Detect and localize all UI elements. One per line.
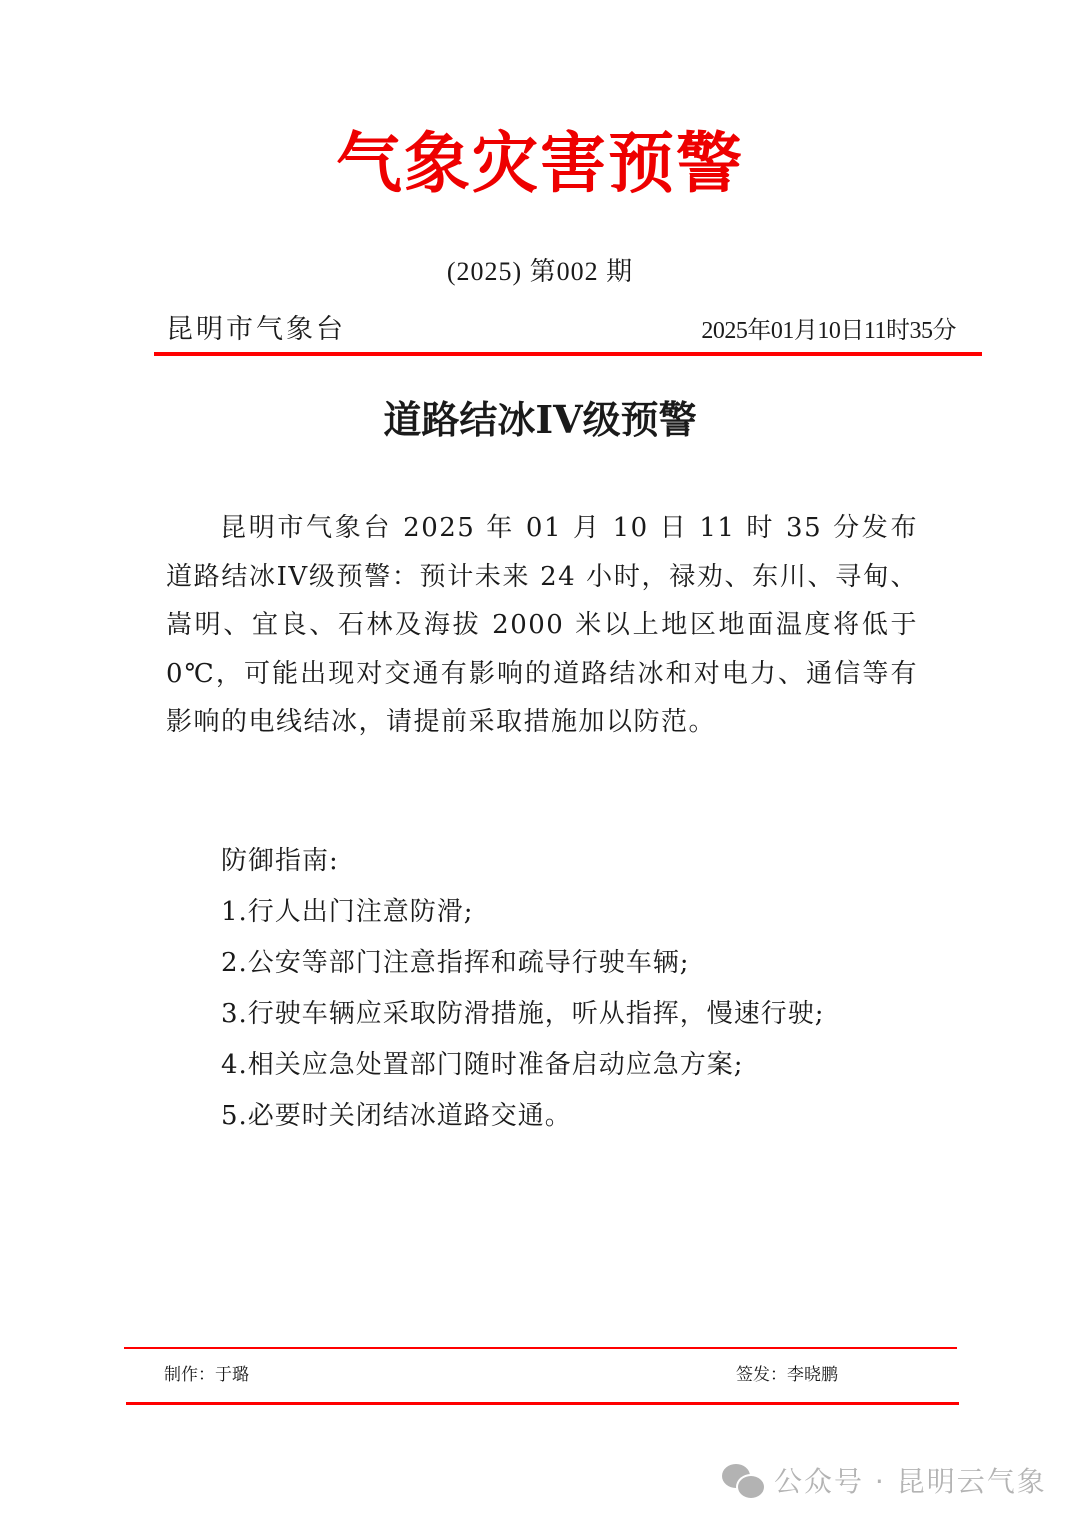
- issuer-name: 昆明市气象台: [166, 312, 346, 348]
- guide-item: 3.行驶车辆应采取防滑措施，听从指挥，慢速行驶;: [221, 989, 825, 1040]
- issue-time: 2025年01月10日11时35分: [701, 314, 956, 348]
- producer-credit: 制作：于璐: [164, 1362, 249, 1388]
- guide-item: 1.行人出门注意防滑;: [221, 887, 825, 938]
- header-divider: [154, 352, 982, 356]
- defense-guide: 防御指南: 1.行人出门注意防滑; 2.公安等部门注意指挥和疏导行驶车辆; 3.…: [221, 836, 825, 1142]
- guide-heading: 防御指南:: [221, 836, 825, 887]
- watermark-text: 公众号 · 昆明云气象: [774, 1460, 1047, 1500]
- guide-item: 5.必要时关闭结冰道路交通。: [221, 1091, 825, 1142]
- document-title: 道路结冰IV级预警: [0, 392, 1080, 448]
- issue-number: (2025) 第002 期: [0, 254, 1080, 290]
- wechat-watermark: 公众号 · 昆明云气象: [722, 1460, 1047, 1500]
- footer-divider-top: [124, 1347, 957, 1349]
- guide-item: 4.相关应急处置部门随时准备启动应急方案;: [221, 1040, 825, 1091]
- approver-credit: 签发：李晓鹏: [736, 1362, 838, 1388]
- footer-divider-bottom: [126, 1402, 959, 1405]
- guide-item: 2.公安等部门注意指挥和疏导行驶车辆;: [221, 938, 825, 989]
- wechat-icon: [722, 1462, 766, 1498]
- masthead-title: 气象灾害预警: [0, 118, 1080, 208]
- warning-body: 昆明市气象台 2025 年 01 月 10 日 11 时 35 分发布道路结冰I…: [166, 504, 918, 747]
